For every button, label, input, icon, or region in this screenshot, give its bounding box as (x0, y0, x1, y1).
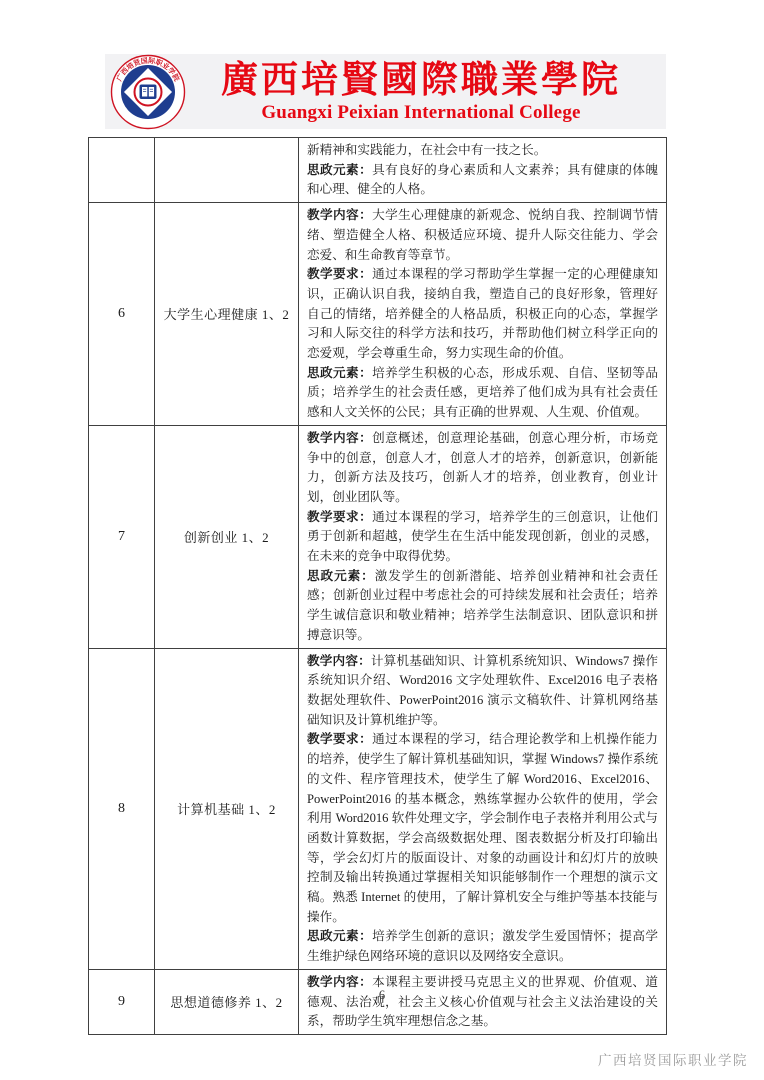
course-detail-cell: 教学内容：计算机基础知识、计算机系统知识、Windows7 操作系统知识介绍、W… (299, 648, 667, 969)
course-number-cell (89, 138, 155, 203)
paragraph-label: 教学内容： (307, 208, 372, 222)
paragraph-label: 教学内容： (307, 975, 372, 989)
paragraph-label: 教学内容： (307, 654, 371, 668)
course-paragraph: 教学内容：大学生心理健康的新观念、悦纳自我、控制调节情绪、塑造健全人格、积极适应… (307, 206, 658, 265)
course-name-cell: 创新创业 1、2 (155, 425, 299, 648)
course-detail-cell: 教学内容：创意概述，创意理论基础，创意心理分析，市场竞争中的创意，创意人才，创意… (299, 425, 667, 648)
college-emblem-icon: 广西培贤国际职业学院 GUANGXI PEIXIAN INTERNATIONAL… (110, 54, 186, 130)
course-paragraph: 教学内容：计算机基础知识、计算机系统知识、Windows7 操作系统知识介绍、W… (307, 652, 658, 731)
paragraph-label: 教学内容： (307, 431, 372, 445)
course-paragraph: 教学要求：通过本课程的学习，结合理论教学和上机操作能力的培养，使学生了解计算机基… (307, 730, 658, 927)
paragraph-label: 教学要求： (307, 267, 372, 281)
page-number: 6 (0, 988, 764, 1003)
paragraph-label: 教学要求： (307, 510, 372, 524)
college-titles: 廣西培賢國際職業學院 Guangxi Peixian International… (186, 60, 666, 123)
course-paragraph: 思政元素：培养学生积极的心态，形成乐观、自信、坚韧等品质；培养学生的社会责任感，… (307, 364, 658, 423)
document-page: 广西培贤国际职业学院 GUANGXI PEIXIAN INTERNATIONAL… (0, 0, 764, 1080)
course-paragraph: 思政元素：激发学生的创新潜能、培养创业精神和社会责任感；创新创业过程中考虑社会的… (307, 567, 658, 646)
course-paragraph: 思政元素：培养学生创新的意识；激发学生爱国情怀；提高学生维护绿色网络环境的意识以… (307, 927, 658, 966)
college-name-english: Guangxi Peixian International College (186, 102, 656, 123)
paragraph-label: 思政元素： (307, 163, 372, 177)
college-header: 广西培贤国际职业学院 GUANGXI PEIXIAN INTERNATIONAL… (105, 54, 666, 129)
course-paragraph: 教学要求：通过本课程的学习，培养学生的三创意识，让他们勇于创新和超越，使学生在生… (307, 508, 658, 567)
table-row: 8 计算机基础 1、2 教学内容：计算机基础知识、计算机系统知识、Windows… (89, 648, 667, 969)
course-number-cell: 8 (89, 648, 155, 969)
course-paragraph: 思政元素：具有良好的身心素质和人文素养；具有健康的体魄和心理、健全的人格。 (307, 161, 658, 200)
paragraph-label: 思政元素： (307, 569, 375, 583)
table-row: 7 创新创业 1、2 教学内容：创意概述，创意理论基础，创意心理分析，市场竞争中… (89, 425, 667, 648)
course-paragraph: 新精神和实践能力，在社会中有一技之长。 (307, 141, 658, 161)
table-row: 6 大学生心理健康 1、2 教学内容：大学生心理健康的新观念、悦纳自我、控制调节… (89, 203, 667, 426)
course-name-cell: 计算机基础 1、2 (155, 648, 299, 969)
course-paragraph: 教学要求：通过本课程的学习帮助学生掌握一定的心理健康知识，正确认识自我，接纳自我… (307, 265, 658, 364)
college-name-chinese: 廣西培賢國際職業學院 (186, 60, 656, 102)
course-name-cell: 大学生心理健康 1、2 (155, 203, 299, 426)
watermark-text: 广西培贤国际职业学院 (598, 1049, 748, 1069)
course-detail-cell: 教学内容：大学生心理健康的新观念、悦纳自我、控制调节情绪、塑造健全人格、积极适应… (299, 203, 667, 426)
course-name-cell (155, 138, 299, 203)
paragraph-label: 思政元素： (307, 929, 372, 943)
course-number-cell: 6 (89, 203, 155, 426)
course-number-cell: 7 (89, 425, 155, 648)
paragraph-label: 教学要求： (307, 732, 372, 746)
college-logo: 广西培贤国际职业学院 GUANGXI PEIXIAN INTERNATIONAL… (110, 54, 186, 130)
course-detail-cell: 新精神和实践能力，在社会中有一技之长。思政元素：具有良好的身心素质和人文素养；具… (299, 138, 667, 203)
paragraph-label: 思政元素： (307, 366, 372, 380)
course-table: 新精神和实践能力，在社会中有一技之长。思政元素：具有良好的身心素质和人文素养；具… (88, 137, 667, 1035)
table-row: 新精神和实践能力，在社会中有一技之长。思政元素：具有良好的身心素质和人文素养；具… (89, 138, 667, 203)
course-paragraph: 教学内容：创意概述，创意理论基础，创意心理分析，市场竞争中的创意，创意人才，创意… (307, 429, 658, 508)
